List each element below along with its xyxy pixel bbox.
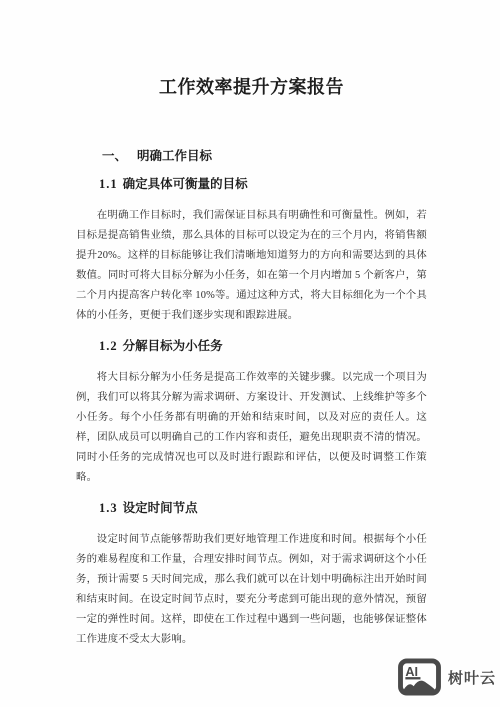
section-paragraph-1-3: 设定时间节点能够帮助我们更好地管理工作进度和时间。根据每个小任务的难易程度和工作… [76, 530, 427, 650]
document-title: 工作效率提升方案报告 [76, 0, 427, 100]
section-number: 1.3 [99, 501, 118, 515]
chapter-heading: 一、明确工作目标 [76, 148, 427, 164]
section-title: 设定时间节点 [123, 501, 198, 515]
chapter-title: 明确工作目标 [137, 149, 212, 163]
section-heading-1-1: 1.1确定具体可衡量的目标 [76, 176, 427, 192]
section-title: 分解目标为小任务 [123, 339, 223, 353]
ai-icon-label: AI [405, 665, 418, 679]
section-number: 1.1 [99, 177, 118, 191]
section-paragraph-1-1: 在明确工作目标时，我们需保证目标具有明确性和可衡量性。例如，若目标是提高销售业绩… [76, 206, 427, 326]
section-heading-1-2: 1.2分解目标为小任务 [76, 338, 427, 354]
document-page: 工作效率提升方案报告 一、明确工作目标 1.1确定具体可衡量的目标 在明确工作目… [0, 0, 500, 707]
brand-name: 树叶云 [448, 667, 496, 688]
chapter-number: 一、 [102, 149, 127, 163]
section-number: 1.2 [99, 339, 118, 353]
section-paragraph-1-2: 将大目标分解为小任务是提高工作效率的关键步骤。以完成一个项目为例，我们可以将其分… [76, 368, 427, 488]
ai-image-icon: AI [398, 658, 441, 696]
section-title: 确定具体可衡量的目标 [123, 177, 248, 191]
section-heading-1-3: 1.3设定时间节点 [76, 500, 427, 516]
brand-watermark: AI 树叶云 [398, 658, 496, 696]
